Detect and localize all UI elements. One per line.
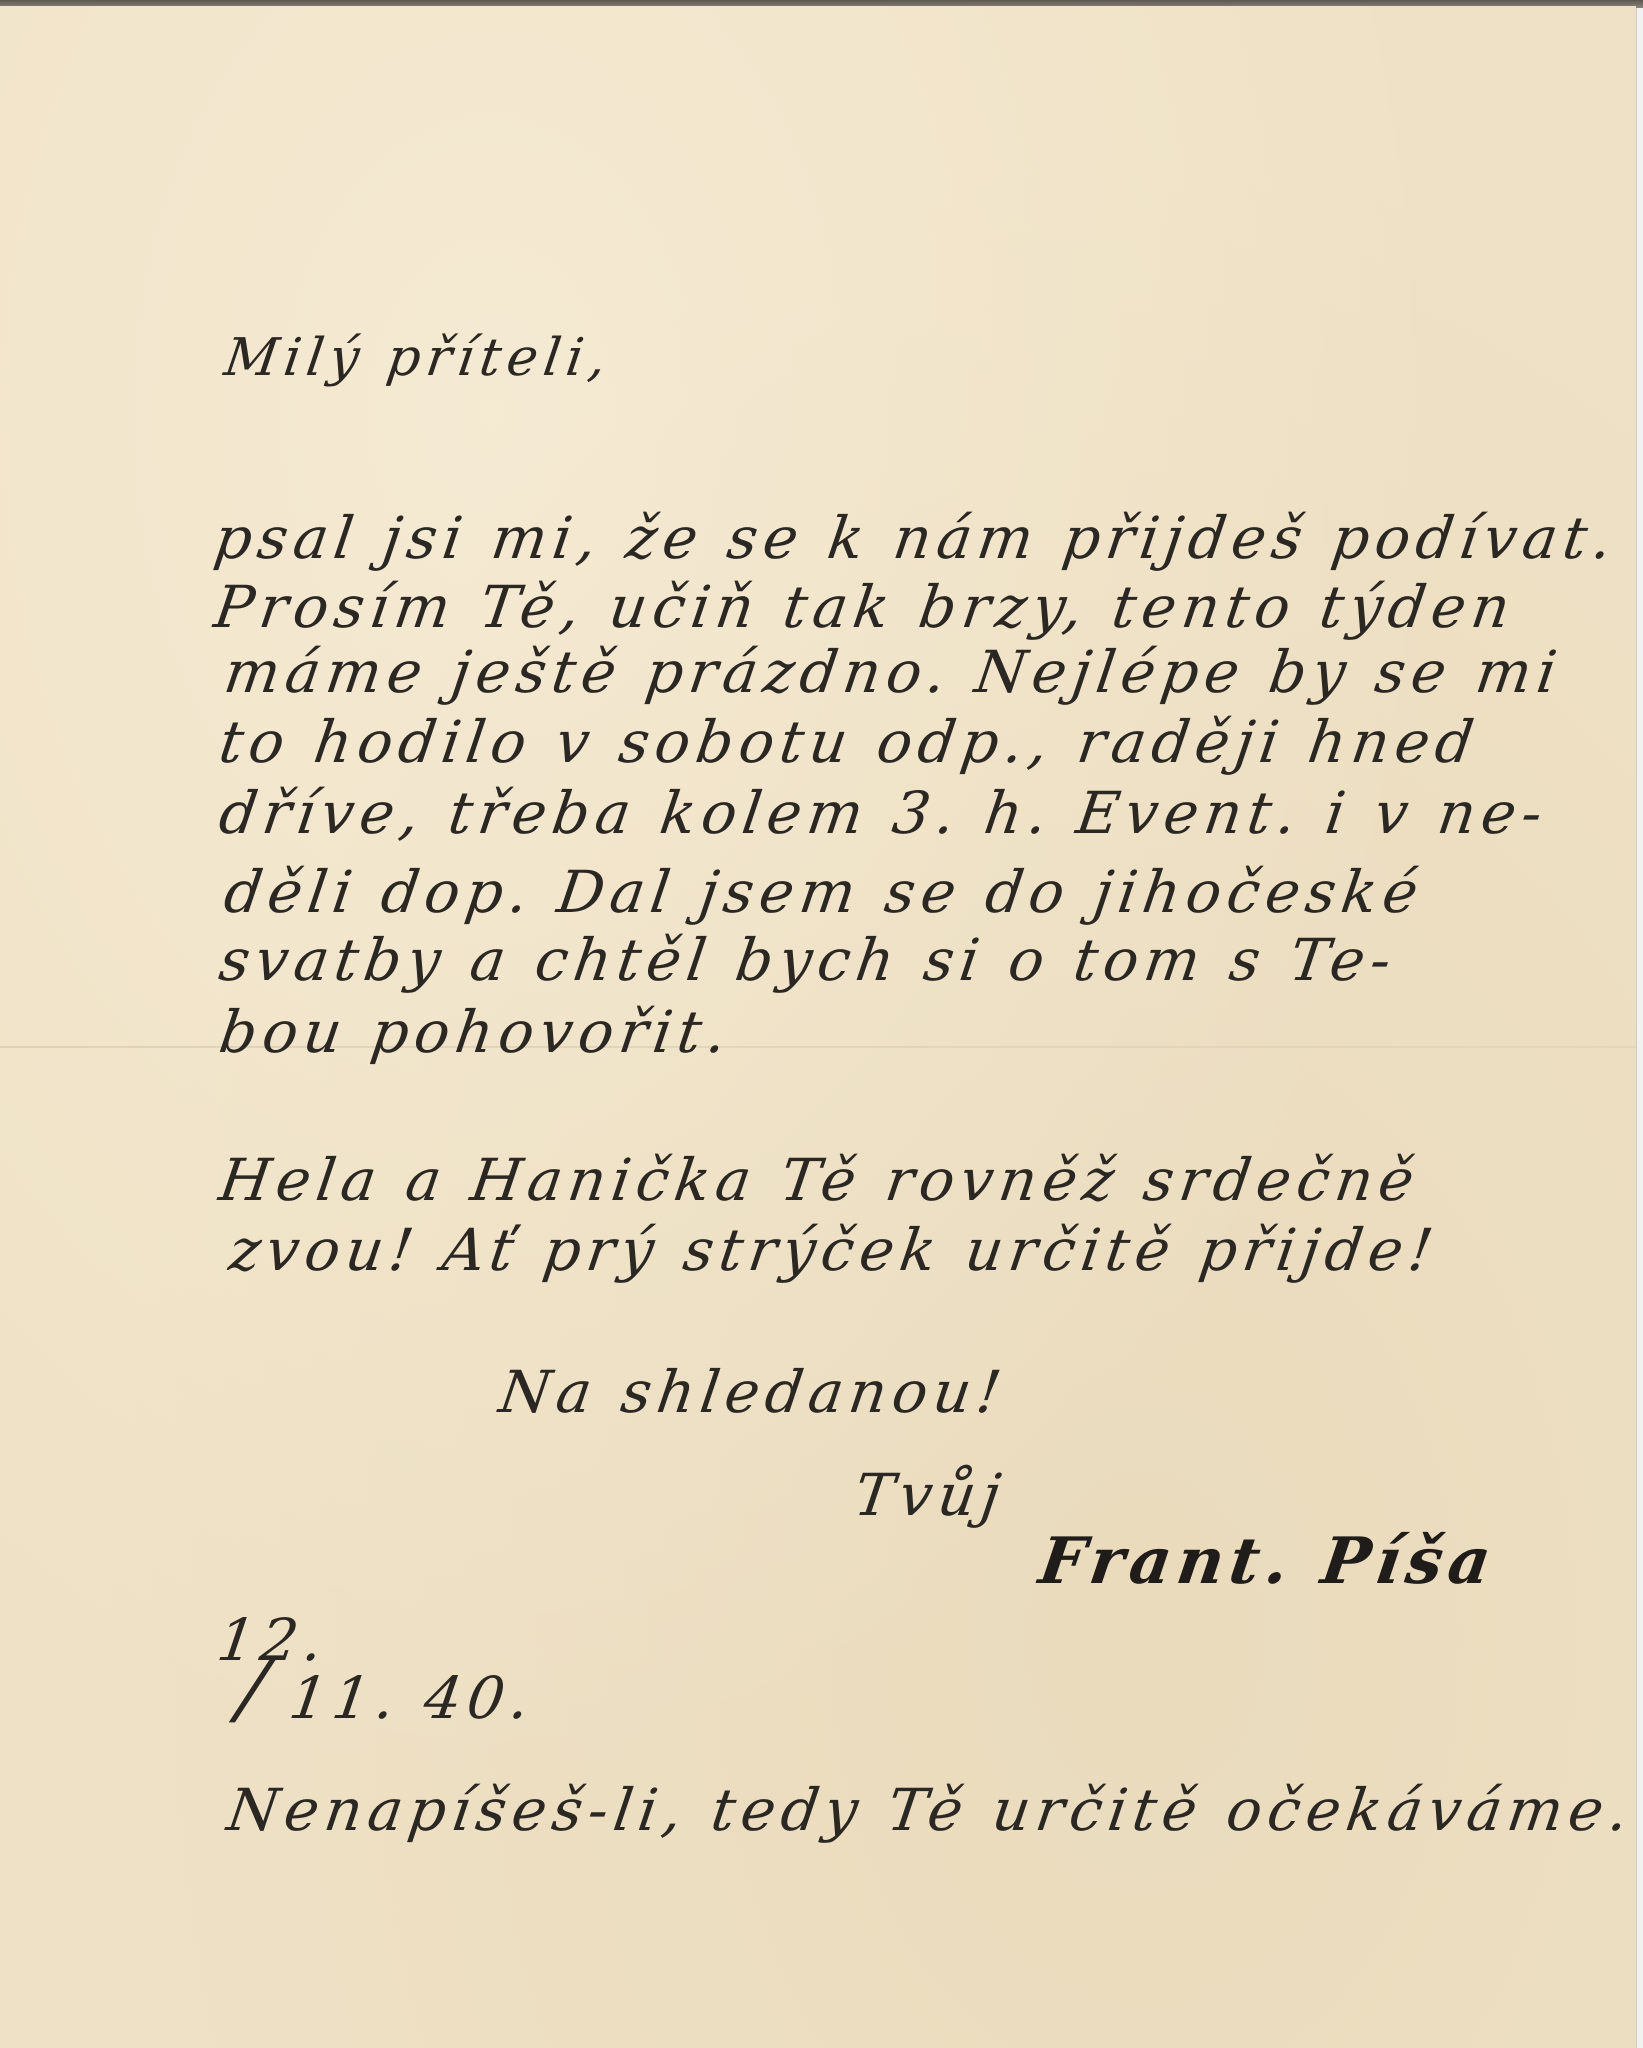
body-line-4: to hodilo v sobotu odp., raději hned	[215, 708, 1483, 776]
signature: Frant. Píša	[1035, 1524, 1502, 1599]
date-month-year: 11. 40.	[285, 1664, 539, 1732]
body-line-6: děli dop. Dal jsem se do jihočeské	[220, 858, 1428, 926]
body-line-9: Hela a Hanička Tě rovněž srdečně	[215, 1146, 1424, 1214]
postscript: Nenapíšeš-li, tedy Tě určitě očekáváme.	[223, 1776, 1638, 1844]
body-line-10: zvou! Ať prý strýček určitě přijde!	[225, 1216, 1443, 1284]
body-line-7: svatby a chtěl bych si o tom s Te-	[215, 926, 1401, 994]
closing: Na shledanou!	[495, 1358, 1011, 1426]
body-line-8: bou pohovořit.	[215, 998, 736, 1066]
body-line-3: máme ještě prázdno. Nejlépe by se mi	[220, 638, 1567, 706]
signoff: Tvůj	[850, 1461, 1010, 1529]
letter-sheet: Milý příteli, psal jsi mi, že se k nám p…	[0, 6, 1636, 2048]
salutation: Milý příteli,	[221, 328, 616, 388]
body-line-1: psal jsi mi, že se k nám přijdeš podívat…	[210, 504, 1622, 572]
scan-right-margin	[1636, 8, 1643, 2048]
body-line-2: Prosím Tě, učiň tak brzy, tento týden	[210, 573, 1520, 641]
body-line-5: dříve, třeba kolem 3. h. Event. i v ne-	[215, 779, 1552, 847]
